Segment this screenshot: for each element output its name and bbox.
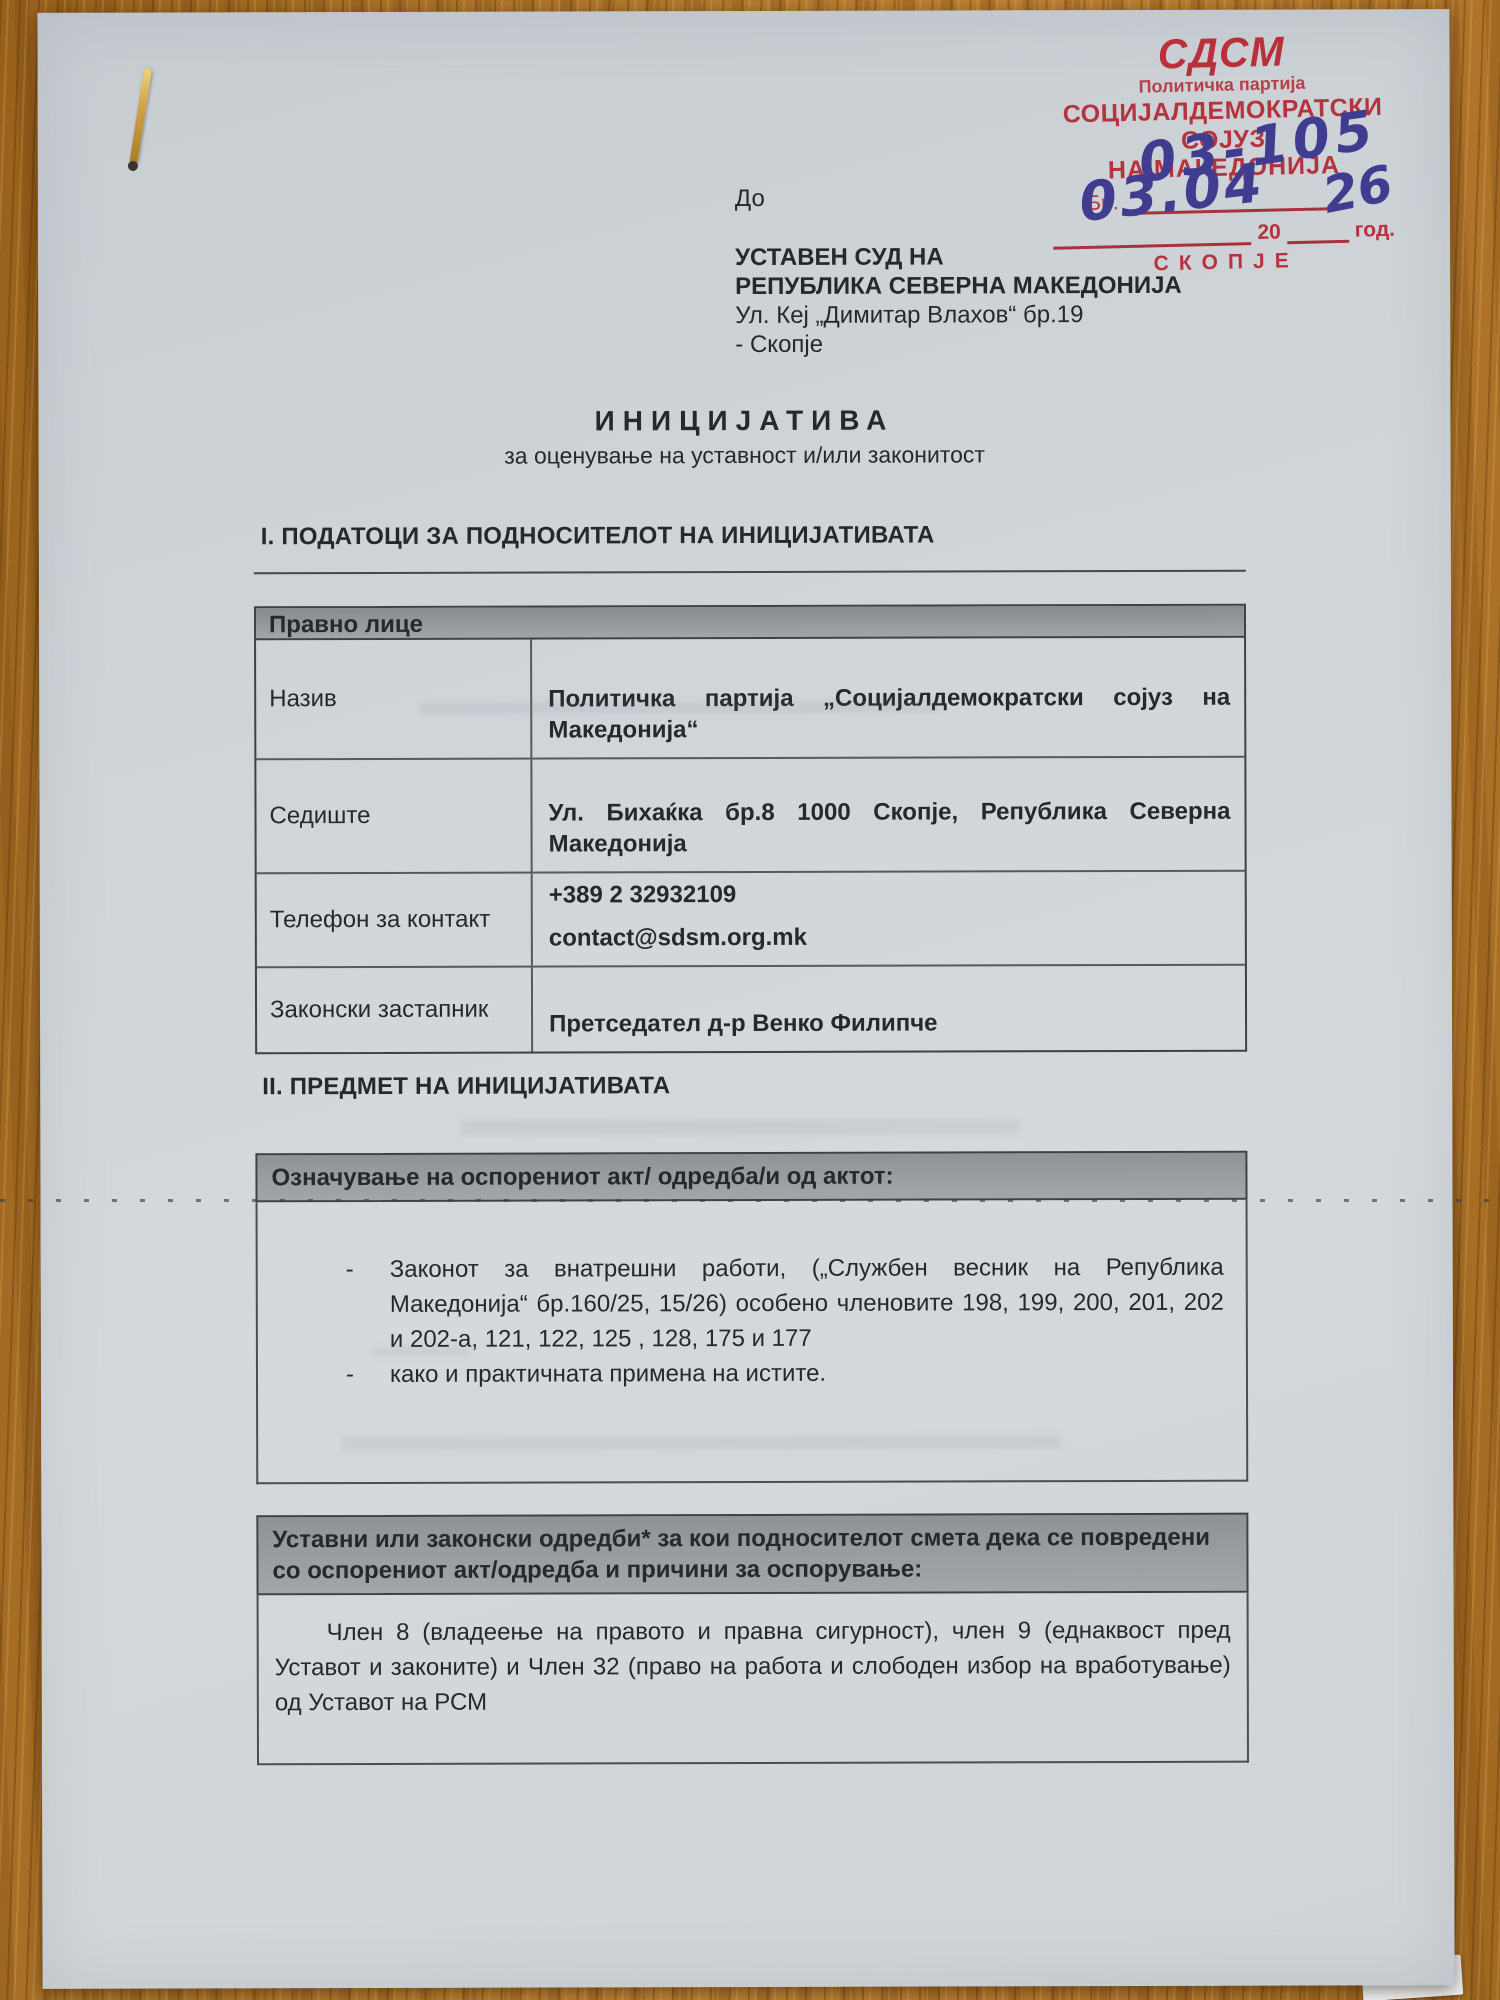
row-value-legal-representative: Претседател д-р Венко Филипче [533, 966, 1245, 1052]
row-label-name: Назив [256, 640, 532, 759]
row-value-contact: +389 2 32932109 contact@sdsm.org.mk [533, 872, 1245, 966]
section1-heading: I. ПОДАТОЦИ ЗА ПОДНОСИТЕЛОТ НА ИНИЦИЈАТИ… [261, 522, 935, 552]
bullet-dash: - [346, 1357, 390, 1392]
contested-act-item-2: како и практичната примена на истите. [390, 1355, 1224, 1392]
bleed-through-artifact [341, 1435, 1061, 1451]
submitter-info-table: Правно лице Назив Политичка партија „Соц… [254, 604, 1247, 1055]
bleed-through-artifact [419, 700, 939, 714]
row-value-seat: Ул. Бихаќка бр.8 1000 Скопје, Република … [532, 758, 1244, 872]
document-page: СДСМ Политичка партија СОЦИЈАЛДЕМОКРАТСК… [37, 9, 1454, 1989]
list-item: - како и практичната примена на истите. [346, 1355, 1224, 1392]
table-row: Назив Политичка партија „Социјалдемократ… [256, 638, 1244, 761]
contact-email: contact@sdsm.org.mk [549, 921, 1231, 954]
contested-act-header: Означување на оспорениот акт/ одредба/и … [255, 1151, 1247, 1203]
stamp-year-suffix: год. [1355, 218, 1396, 243]
contact-phone: +389 2 32932109 [549, 878, 1231, 911]
court-street-address: Ул. Кеј „Димитар Влахов“ бр.19 [735, 300, 1182, 330]
bleed-through-artifact [371, 1347, 471, 1357]
sdsm-stamp: СДСМ Политичка партија СОЦИЈАЛДЕМОКРАТСК… [1023, 25, 1423, 249]
violated-provisions-box: Уставни или законски одредби* за кои под… [256, 1513, 1249, 1766]
violated-provisions-text: Член 8 (владеење на правото и правна сиг… [275, 1613, 1231, 1721]
bullet-dash: - [346, 1252, 390, 1357]
row-label-legal-representative: Законски застапник [257, 968, 533, 1053]
staple [129, 68, 152, 165]
table-row: Телефон за контакт +389 2 32932109 conta… [257, 872, 1245, 969]
table-row: Законски застапник Претседател д-р Венко… [257, 966, 1245, 1053]
violated-provisions-header: Уставни или законски одредби* за кои под… [256, 1513, 1248, 1596]
perforation-dotted-line [0, 1199, 1500, 1202]
section2-heading: II. ПРЕДМЕТ НА ИНИЦИЈАТИВАТА [262, 1072, 670, 1101]
row-value-name: Политичка партија „Социјалдемократски со… [532, 638, 1244, 758]
table-header-legal-entity: Правно лице [256, 606, 1244, 641]
salutation-to: До [735, 185, 765, 213]
stamp-year-line [1287, 240, 1349, 244]
stamp-year-prefix: 20 [1257, 220, 1281, 245]
list-item: - Законот за внатрешни работи, („Службен… [346, 1250, 1224, 1357]
row-label-phone: Телефон за контакт [257, 874, 533, 967]
violated-provisions-body: Член 8 (владеење на правото и правна сиг… [257, 1593, 1249, 1766]
table-row: Седиште Ул. Бихаќка бр.8 1000 Скопје, Ре… [256, 758, 1244, 875]
section1-divider-line [254, 570, 1246, 575]
court-city: - Скопје [735, 329, 1182, 359]
row-label-seat: Седиште [256, 760, 532, 873]
document-subtitle: за оценување на уставност и/или законито… [39, 440, 1451, 471]
document-title: ИНИЦИЈАТИВА [38, 403, 1450, 439]
contested-act-item-1: Законот за внатрешни работи, („Службен в… [390, 1250, 1224, 1357]
bleed-through-artifact [460, 1118, 1020, 1135]
